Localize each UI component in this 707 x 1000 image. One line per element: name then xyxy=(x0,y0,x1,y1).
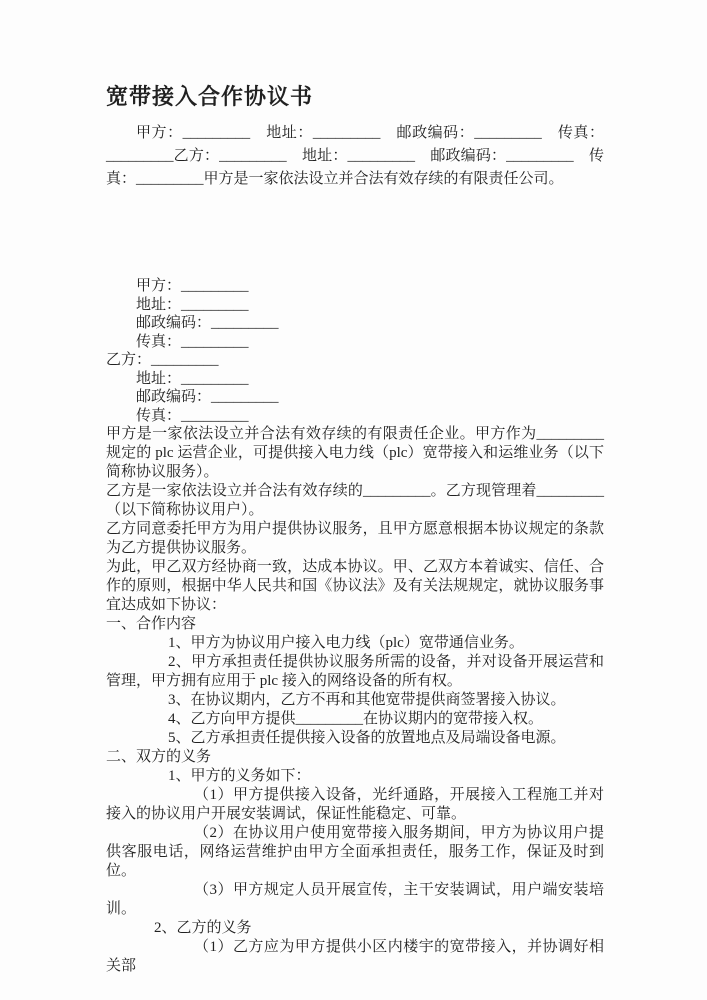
section2-item2-heading: 2、乙方的义务 xyxy=(106,919,604,938)
preamble-party-a-paragraph: 甲方是一家依法设立并合法有效存续的有限责任企业。甲方作为_________规定的… xyxy=(106,425,604,482)
party-a-address-line: 地址：_________ xyxy=(106,296,604,315)
party-a-postcode-line: 邮政编码：_________ xyxy=(106,314,604,333)
document-title: 宽带接入合作协议书 xyxy=(106,84,604,110)
preamble-agreement-paragraph: 为此，甲乙双方经协商一致，达成本协议。甲、乙双方本着诚实、信任、合作的原则，根据… xyxy=(106,558,604,615)
party-b-name-line: 乙方：_________ xyxy=(106,351,604,370)
party-a-fax-line: 传真：_________ xyxy=(106,333,604,352)
section2-item1-subitem-3: （3）甲方规定人员开展宣传，主干安装调试，用户端安装培训。 xyxy=(106,881,604,919)
section1-heading: 一、合作内容 xyxy=(106,615,604,634)
document-page: 宽带接入合作协议书 甲方：_________ 地址：_________ 邮政编码… xyxy=(0,0,707,1000)
section2-heading: 二、双方的义务 xyxy=(106,748,604,767)
party-a-name-line: 甲方：_________ xyxy=(106,277,604,296)
section1-item-3: 3、在协议期内，乙方不再和其他宽带提供商签署接入协议。 xyxy=(106,691,604,710)
party-b-fax-line: 传真：_________ xyxy=(106,407,604,426)
preamble-party-b-paragraph: 乙方是一家依法设立并合法有效存续的_________。乙方现管理着_______… xyxy=(106,482,604,520)
preamble-entrust-paragraph: 乙方同意委托甲方为用户提供协议服务，且甲方愿意根据本协议规定的条款为乙方提供协议… xyxy=(106,520,604,558)
section2-item1-subitem-1: （1）甲方提供接入设备，光纤通路，开展接入工程施工并对接入的协议用户开展安装调试… xyxy=(106,786,604,824)
section1-item-4: 4、乙方向甲方提供_________在协议期内的宽带接入权。 xyxy=(106,710,604,729)
party-b-postcode-line: 邮政编码：_________ xyxy=(106,388,604,407)
section2-item2-subitem-1: （1）乙方应为甲方提供小区内楼宇的宽带接入，并协调好相关部 xyxy=(106,938,604,976)
party-b-address-line: 地址：_________ xyxy=(106,370,604,389)
section2-item1-heading: 1、甲方的义务如下： xyxy=(106,767,604,786)
section1-item-1: 1、甲方为协议用户接入电力线（plc）宽带通信业务。 xyxy=(106,634,604,653)
section2-item1-subitem-2: （2）在协议用户使用宽带接入服务期间，甲方为协议用户提供客服电话，网络运营维护由… xyxy=(106,824,604,881)
intro-paragraph: 甲方：_________ 地址：_________ 邮政编码：_________… xyxy=(106,122,604,191)
section1-item-5: 5、乙方承担责任提供接入设备的放置地点及局端设备电源。 xyxy=(106,729,604,748)
section1-item-2: 2、甲方承担责任提供协议服务所需的设备，并对设备开展运营和管理，甲方拥有应用于 … xyxy=(106,653,604,691)
empty-space xyxy=(106,191,604,277)
